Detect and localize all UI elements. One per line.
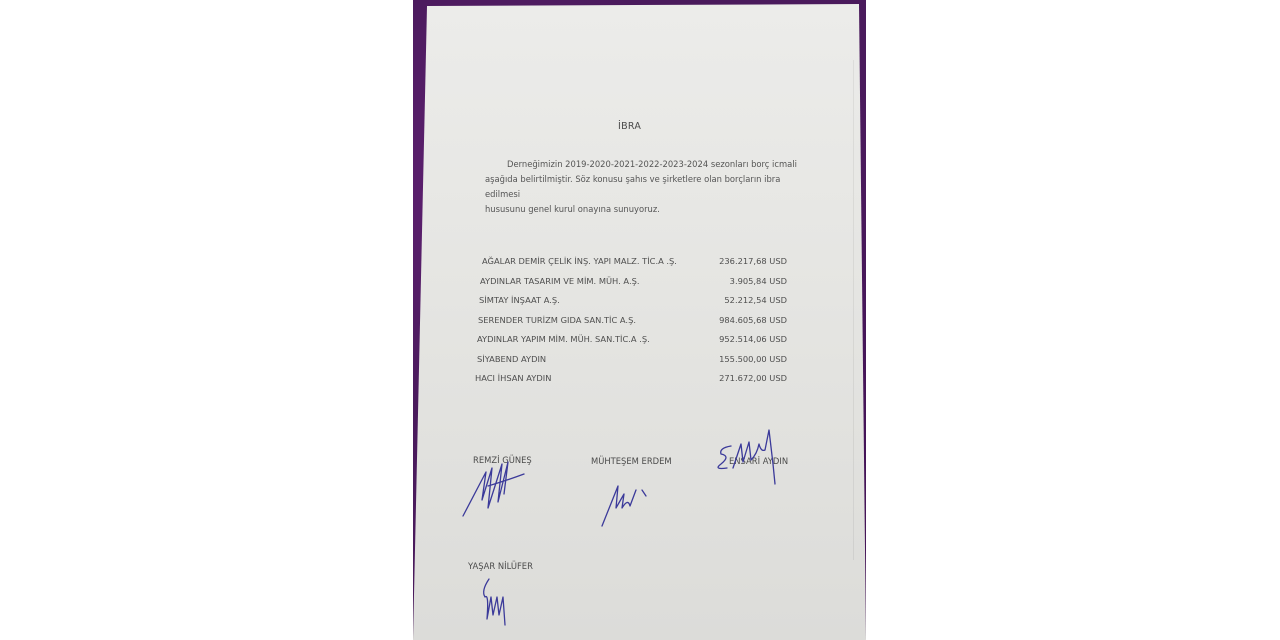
- debtor-name: AĞALAR DEMİR ÇELİK İNŞ. YAPI MALZ. TİC.A…: [482, 256, 677, 266]
- debtor-name: HACI İHSAN AYDIN: [475, 373, 551, 383]
- paper-fold: [853, 60, 854, 560]
- debt-row: AYDINLAR TASARIM VE MİM. MÜH. A.Ş. 3.905…: [475, 276, 787, 296]
- debtor-name: AYDINLAR TASARIM VE MİM. MÜH. A.Ş.: [480, 276, 640, 286]
- debtor-name: SİMTAY İNŞAAT A.Ş.: [479, 295, 560, 305]
- debtor-name: AYDINLAR YAPIM MİM. MÜH. SAN.TİC.A .Ş.: [477, 334, 650, 344]
- signature-2: [598, 478, 658, 530]
- debt-amount: 3.905,84 USD: [730, 276, 787, 286]
- debt-row: HACI İHSAN AYDIN 271.672,00 USD: [475, 373, 787, 393]
- signature-3: [711, 424, 801, 486]
- debt-amount: 271.672,00 USD: [719, 373, 787, 383]
- debtor-name: SERENDER TURİZM GIDA SAN.TİC A.Ş.: [478, 315, 636, 325]
- debt-row: SİMTAY İNŞAAT A.Ş. 52.212,54 USD: [475, 295, 787, 315]
- signer-name: MÜHTEŞEM ERDEM: [591, 456, 672, 466]
- debt-row: AĞALAR DEMİR ÇELİK İNŞ. YAPI MALZ. TİC.A…: [482, 256, 794, 276]
- intro-line-3: hususunu genel kurul onayına sunuyoruz.: [485, 202, 815, 217]
- signature-1: [458, 450, 528, 522]
- debt-row: SİYABEND AYDIN 155.500,00 USD: [475, 354, 787, 374]
- debt-amount: 236.217,68 USD: [719, 256, 787, 266]
- debtor-name: SİYABEND AYDIN: [477, 354, 546, 364]
- intro-paragraph: Derneğimizin 2019-2020-2021-2022-2023-20…: [485, 157, 815, 217]
- debt-list: AĞALAR DEMİR ÇELİK İNŞ. YAPI MALZ. TİC.A…: [475, 256, 787, 393]
- intro-line-1: Derneğimizin 2019-2020-2021-2022-2023-20…: [507, 159, 797, 169]
- intro-line-2: aşağıda belirtilmiştir. Söz konusu şahıs…: [485, 172, 815, 202]
- signer-name: YAŞAR NİLÜFER: [468, 561, 533, 571]
- document-photo: İBRA Derneğimizin 2019-2020-2021-2022-20…: [413, 0, 866, 640]
- signature-4: [475, 575, 515, 630]
- debt-row: SERENDER TURİZM GIDA SAN.TİC A.Ş. 984.60…: [475, 315, 787, 335]
- debt-row: AYDINLAR YAPIM MİM. MÜH. SAN.TİC.A .Ş. 9…: [475, 334, 787, 354]
- debt-amount: 984.605,68 USD: [719, 315, 787, 325]
- paper-sheet: İBRA Derneğimizin 2019-2020-2021-2022-20…: [413, 0, 866, 640]
- debt-amount: 155.500,00 USD: [719, 354, 787, 364]
- document-title: İBRA: [618, 121, 641, 132]
- debt-amount: 952.514,06 USD: [719, 334, 787, 344]
- debt-amount: 52.212,54 USD: [724, 295, 787, 305]
